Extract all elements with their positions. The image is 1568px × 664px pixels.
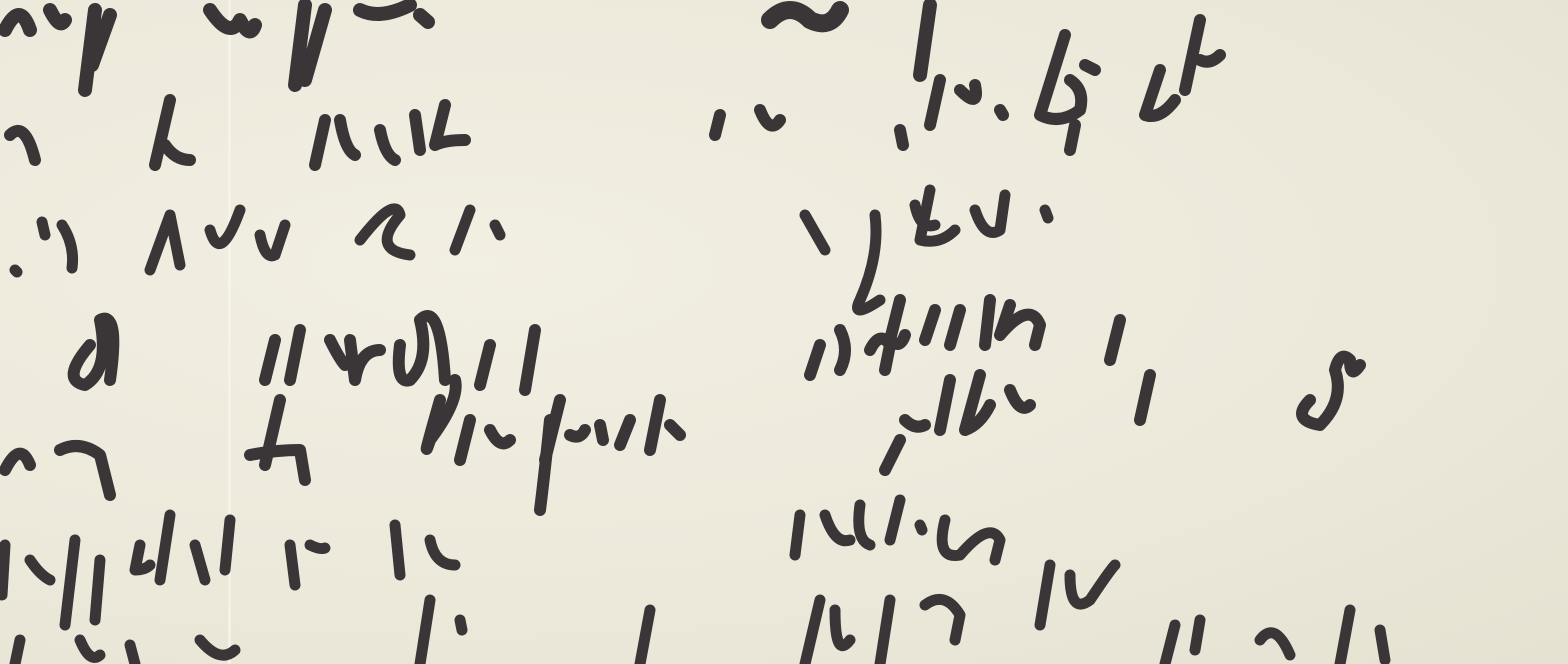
line-1 <box>5 5 930 90</box>
line-5 <box>5 357 1360 510</box>
manuscript-page: …ry a y… d'… … la suite …à … vit, et …i … <box>0 0 1568 664</box>
handwriting-strokes <box>0 0 1568 664</box>
line-6 <box>2 500 1000 625</box>
line-4 <box>74 300 1120 390</box>
line-3 <box>15 190 1048 310</box>
line-7 <box>15 565 1385 664</box>
line-2 <box>10 20 1220 165</box>
